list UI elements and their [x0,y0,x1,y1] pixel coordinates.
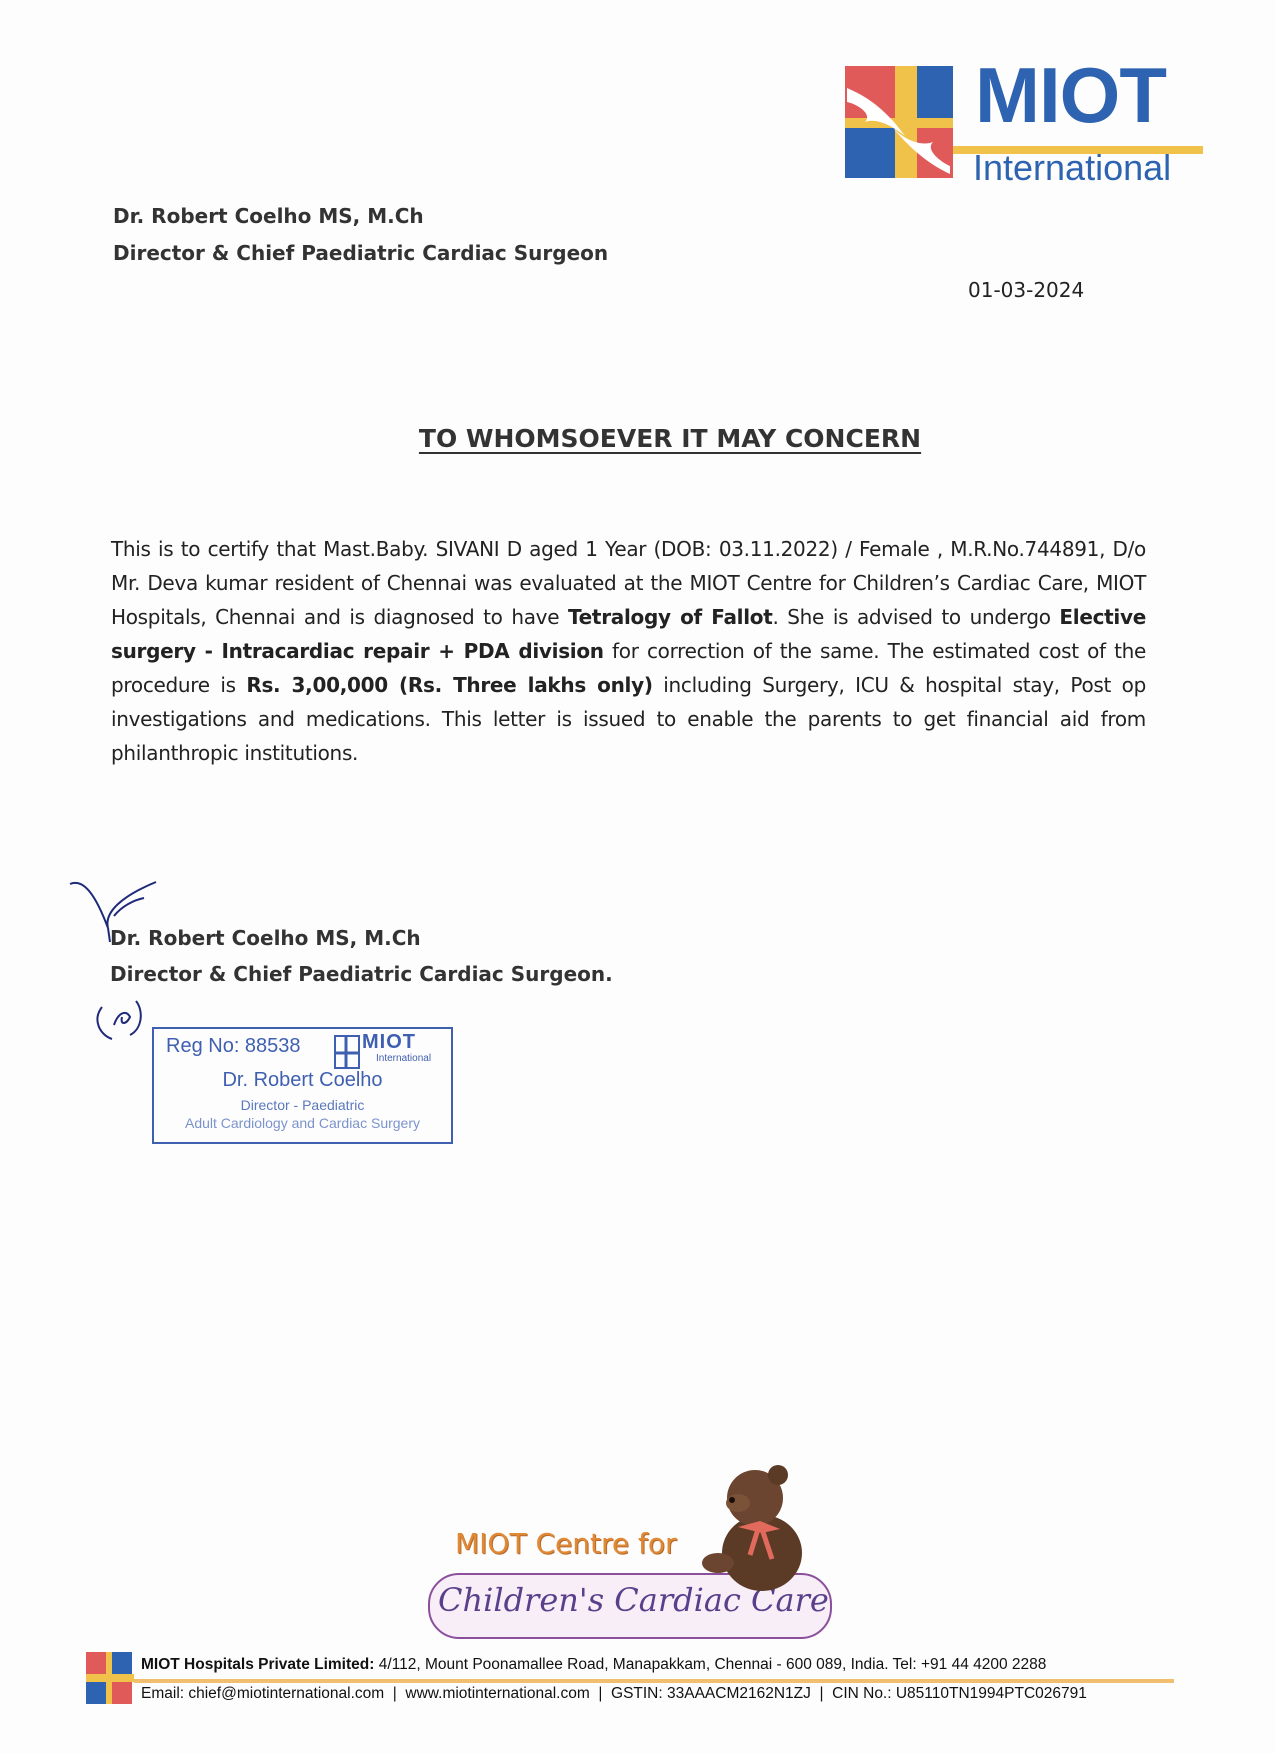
letter-body: This is to certify that Mast.Baby. SIVAN… [111,532,1146,770]
diagnosis: Tetralogy of Fallot [568,605,772,629]
stamp-role: Director - Paediatric [154,1097,451,1113]
logo-wordmark: MIOT [975,56,1166,134]
letter-date: 01-03-2024 [968,278,1084,302]
miot-international-logo: MIOT International [845,66,1205,186]
estimated-cost: Rs. 3,00,000 (Rs. Three lakhs only) [246,673,652,697]
letter-heading: TO WHOMSOEVER IT MAY CONCERN [0,424,1275,453]
stamp-logo-name: MIOT [362,1031,416,1054]
logo-subtitle: International [973,148,1171,188]
stamp-logo-sub: International [376,1053,431,1064]
doctor-stamp: Reg No: 88538 MIOT International Dr. Rob… [152,1027,453,1144]
body-text-part: . She is advised to undergo [772,605,1059,629]
header-doctor-title: Director & Chief Paediatric Cardiac Surg… [113,241,608,265]
childrens-cardiac-care-logo: MIOT Centre for Children's Cardiac Care [420,1455,840,1635]
footer-address-line: MIOT Hospitals Private Limited: 4/112, M… [141,1656,1046,1674]
miot-hands-logo-icon [845,66,953,178]
footer-stripe [134,1679,1174,1683]
footer-address: 4/112, Mount Poonamallee Road, Manapakka… [374,1656,1046,1673]
footer-company: MIOT Hospitals Private Limited: [141,1656,374,1673]
stamp-logo-mark-icon [334,1035,360,1069]
stamp-logo: MIOT International [334,1033,439,1069]
footer-contact-line: Email: chief@miotinternational.com | www… [141,1685,1087,1703]
stamp-department: Adult Cardiology and Cardiac Surgery [154,1115,451,1131]
letterhead-footer: MIOT Hospitals Private Limited: 4/112, M… [86,1650,1176,1710]
centre-logo-line1: MIOT Centre for [455,1527,676,1560]
header-doctor-name: Dr. Robert Coelho MS, M.Ch [113,204,424,228]
teddy-bear-icon [700,1463,810,1593]
signatory-title: Director & Chief Paediatric Cardiac Surg… [110,962,613,986]
stamp-doctor-name: Dr. Robert Coelho [154,1069,451,1092]
stamp-reg-no: Reg No: 88538 [166,1035,301,1058]
footer-logo-mark-icon [86,1652,134,1704]
signatory-name: Dr. Robert Coelho MS, M.Ch [110,926,421,950]
